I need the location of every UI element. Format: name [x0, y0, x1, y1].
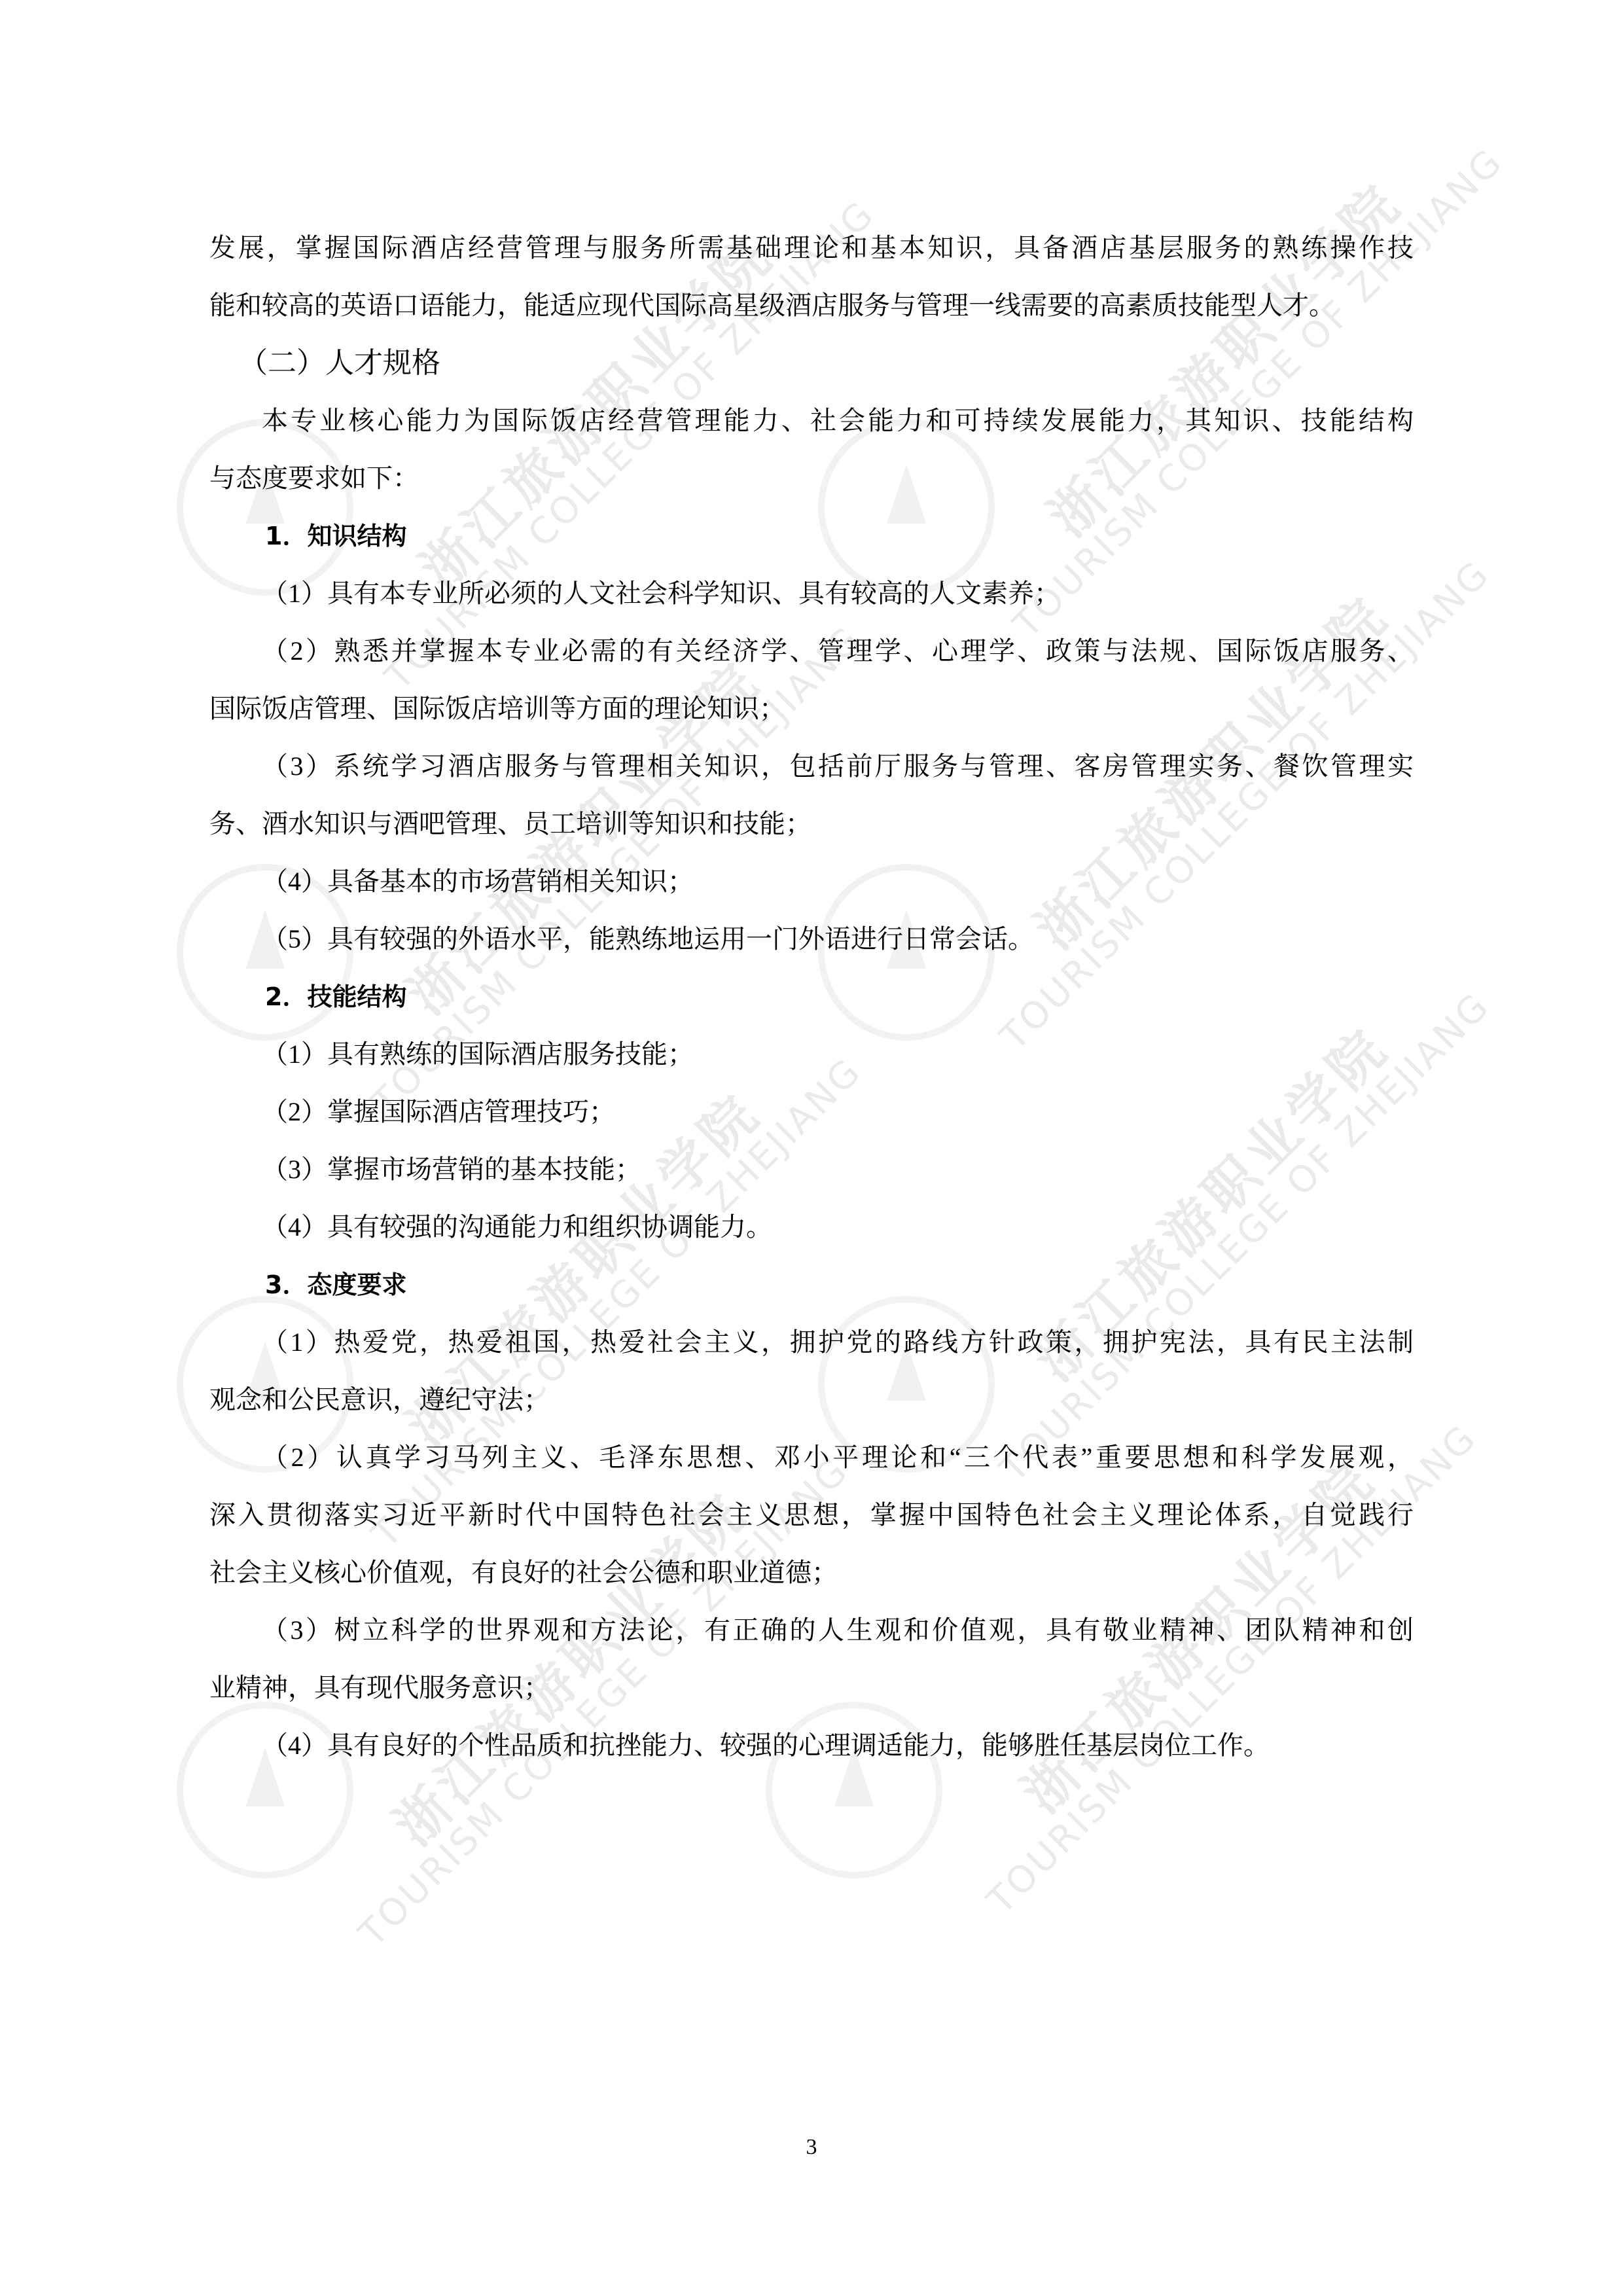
paragraph-line: 与态度要求如下：	[209, 450, 1414, 507]
list-item: （4）具有较强的沟通能力和组织协调能力。	[209, 1198, 1414, 1256]
section-heading: （二）人才规格	[209, 334, 1414, 392]
list-item-continuation: 务、酒水知识与酒吧管理、员工培训等知识和技能；	[209, 795, 1414, 853]
list-item-continuation: 业精神，具有现代服务意识；	[209, 1659, 1414, 1717]
document-page: 浙江旅游职业学院TOURISM COLLEGE OF ZHEJIANG 浙江旅游…	[0, 0, 1623, 2296]
paragraph-line: 发展，掌握国际酒店经营管理与服务所需基础理论和基本知识，具备酒店基层服务的熟练操…	[209, 219, 1414, 277]
document-body: 发展，掌握国际酒店经营管理与服务所需基础理论和基本知识，具备酒店基层服务的熟练操…	[209, 219, 1414, 1774]
section-intro-paragraph: 本专业核心能力为国际饭店经营管理能力、社会能力和可持续发展能力，其知识、技能结构…	[209, 392, 1414, 507]
list-item: （1）热爱党，热爱祖国，热爱社会主义，拥护党的路线方针政策，拥护宪法，具有民主法…	[209, 1314, 1414, 1371]
list-item: （2）熟悉并掌握本专业必需的有关经济学、管理学、心理学、政策与法规、国际饭店服务…	[209, 622, 1414, 680]
list-item: （2）认真学习马列主义、毛泽东思想、邓小平理论和“三个代表”重要思想和科学发展观…	[209, 1429, 1414, 1486]
list-item: （1）具有熟练的国际酒店服务技能；	[209, 1026, 1414, 1083]
subsection-heading: 3．态度要求	[209, 1256, 1414, 1314]
paragraph-line: 能和较高的英语口语能力，能适应现代国际高星级酒店服务与管理一线需要的高素质技能型…	[209, 277, 1414, 334]
list-item: （4）具备基本的市场营销相关知识；	[209, 853, 1414, 910]
subsection-attitude-requirements: 3．态度要求 （1）热爱党，热爱祖国，热爱社会主义，拥护党的路线方针政策，拥护宪…	[209, 1256, 1414, 1774]
subsection-knowledge-structure: 1．知识结构 （1）具有本专业所必须的人文社会科学知识、具有较高的人文素养； （…	[209, 507, 1414, 968]
subsection-skill-structure: 2．技能结构 （1）具有熟练的国际酒店服务技能； （2）掌握国际酒店管理技巧； …	[209, 968, 1414, 1256]
list-item: （2）掌握国际酒店管理技巧；	[209, 1083, 1414, 1141]
list-item-continuation: 社会主义核心价值观，有良好的社会公德和职业道德；	[209, 1544, 1414, 1602]
page-number: 3	[0, 2135, 1623, 2160]
list-item: （3）掌握市场营销的基本技能；	[209, 1141, 1414, 1198]
list-item-continuation: 观念和公民意识，遵纪守法；	[209, 1371, 1414, 1429]
list-item: （5）具有较强的外语水平，能熟练地运用一门外语进行日常会话。	[209, 910, 1414, 968]
intro-paragraph: 发展，掌握国际酒店经营管理与服务所需基础理论和基本知识，具备酒店基层服务的熟练操…	[209, 219, 1414, 334]
list-item: （3）系统学习酒店服务与管理相关知识，包括前厅服务与管理、客房管理实务、餐饮管理…	[209, 738, 1414, 795]
list-item: （4）具有良好的个性品质和抗挫能力、较强的心理调适能力，能够胜任基层岗位工作。	[209, 1717, 1414, 1774]
paragraph-line: 本专业核心能力为国际饭店经营管理能力、社会能力和可持续发展能力，其知识、技能结构	[209, 392, 1414, 450]
subsection-heading: 2．技能结构	[209, 968, 1414, 1026]
subsection-heading: 1．知识结构	[209, 507, 1414, 565]
list-item: （3）树立科学的世界观和方法论，有正确的人生观和价值观，具有敬业精神、团队精神和…	[209, 1602, 1414, 1659]
list-item-continuation: 国际饭店管理、国际饭店培训等方面的理论知识；	[209, 680, 1414, 738]
list-item-continuation: 深入贯彻落实习近平新时代中国特色社会主义思想，掌握中国特色社会主义理论体系，自觉…	[209, 1486, 1414, 1544]
list-item: （1）具有本专业所必须的人文社会科学知识、具有较高的人文素养；	[209, 565, 1414, 622]
